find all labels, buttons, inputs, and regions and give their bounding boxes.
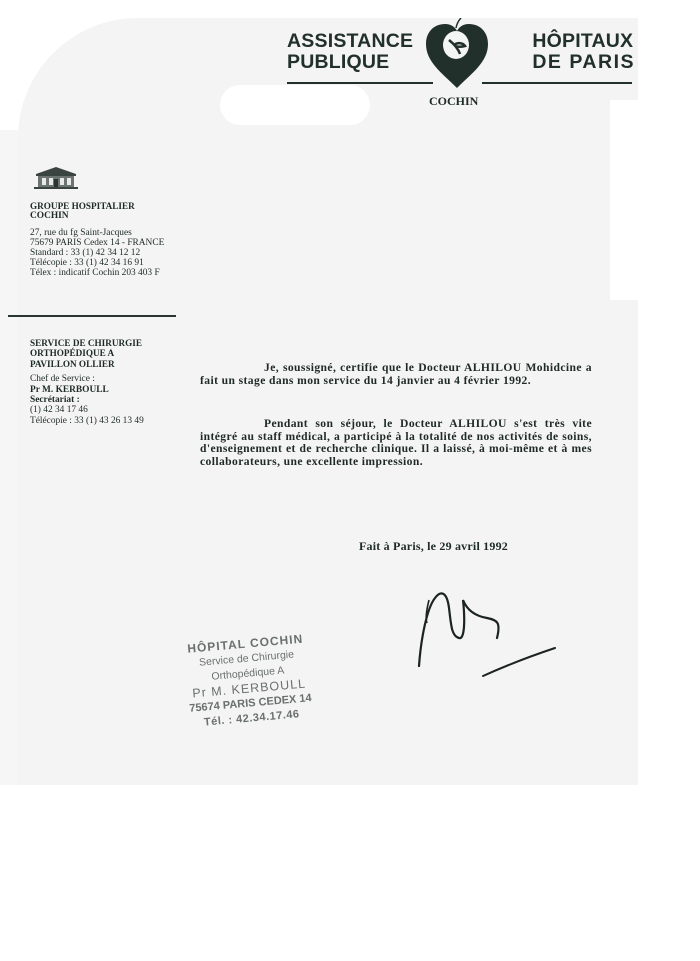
service-title-line2: ORTHOPÉDIQUE A — [30, 348, 190, 358]
org-name-left: ASSISTANCE PUBLIQUE — [287, 31, 413, 73]
sender-info: GROUPE HOSPITALIER COCHIN 27, rue du fg … — [30, 165, 190, 279]
group-site: COCHIN — [30, 211, 190, 221]
fax-number: Télécopie : 33 (1) 42 34 16 91 — [30, 258, 190, 268]
org-right-line1: HÔPITAUX — [532, 31, 635, 52]
signature-icon — [405, 578, 565, 678]
telex-number: Télex : indicatif Cochin 203 403 F — [30, 268, 190, 278]
letterhead-logo: ASSISTANCE PUBLIQUE HÔPITAUX DE PARIS CO… — [287, 18, 635, 113]
scan-patch — [610, 100, 640, 300]
paragraph-1-text: Je, soussigné, certifie que le Docteur A… — [200, 361, 592, 387]
service-fax: Télécopie : 33 (1) 43 26 13 49 — [30, 416, 190, 426]
header-rule-left — [287, 82, 433, 84]
heart-bird-logo-icon — [422, 18, 492, 90]
left-column-divider — [8, 315, 176, 317]
letter-paragraph-2: Pendant son séjour, le Docteur ALHILOU s… — [200, 418, 592, 468]
org-left-line1: ASSISTANCE — [287, 31, 413, 52]
group-name: GROUPE HOSPITALIER — [30, 201, 190, 211]
service-info: SERVICE DE CHIRURGIE ORTHOPÉDIQUE A PAVI… — [30, 338, 190, 426]
scan-background-edge — [0, 130, 18, 790]
address-city: 75679 PARIS Cedex 14 - FRANCE — [30, 238, 190, 248]
secretariat-phone: (1) 42 34 17 46 — [30, 405, 190, 415]
service-title-line3: PAVILLON OLLIER — [30, 359, 190, 369]
chef-label: Chef de Service : — [30, 374, 190, 384]
address-street: 27, rue du fg Saint-Jacques — [30, 228, 190, 238]
hospital-building-icon — [33, 165, 79, 189]
letter-paragraph-1: Je, soussigné, certifie que le Docteur A… — [200, 362, 592, 387]
hospital-name: COCHIN — [429, 94, 478, 109]
place-date: Fait à Paris, le 29 avril 1992 — [359, 539, 508, 554]
scan-bottom-margin — [0, 785, 700, 961]
chef-name: Pr M. KERBOULL — [30, 385, 190, 395]
header-rule-right — [482, 82, 632, 84]
service-title-line1: SERVICE DE CHIRURGIE — [30, 338, 190, 348]
org-right-line2: DE PARIS — [532, 52, 635, 73]
org-name-right: HÔPITAUX DE PARIS — [532, 31, 635, 73]
phone-standard: Standard : 33 (1) 42 34 12 12 — [30, 248, 190, 258]
paragraph-2-text: Pendant son séjour, le Docteur ALHILOU s… — [200, 417, 592, 468]
secretariat-label: Secrétariat : — [30, 395, 190, 405]
org-left-line2: PUBLIQUE — [287, 52, 413, 73]
hospital-stamp: HÔPITAL COCHIN Service de Chirurgie Orth… — [150, 628, 347, 734]
